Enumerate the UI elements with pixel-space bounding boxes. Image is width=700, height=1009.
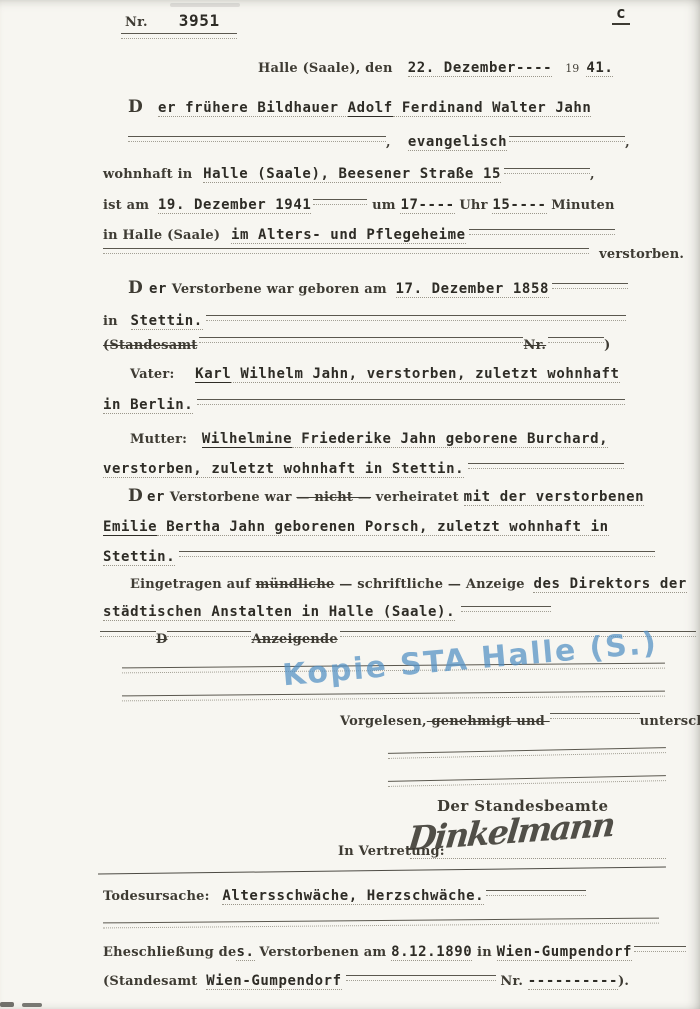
cause-value: Altersschwäche, Herzschwäche. <box>222 888 484 905</box>
deceased-first-name: Adolf <box>348 100 393 117</box>
dotted-rule <box>410 858 666 859</box>
died-on-label: ist am <box>103 198 154 213</box>
rule-fill <box>461 606 551 612</box>
residence-label: wohnhaft in <box>103 167 197 182</box>
cause-label: Todesursache: <box>103 889 214 904</box>
birth-place: Stettin. <box>131 313 203 330</box>
registrar-number-line: Nr. 3951 <box>125 11 220 30</box>
cause-line: Todesursache: Altersschwäche, Herzschwäc… <box>103 885 586 904</box>
attestation-line: Vorgelesen, genehmigt und unterschrieben <box>340 710 700 729</box>
deceased-word-line: verstorben. <box>103 243 684 262</box>
place-date-label: Halle (Saale), den <box>258 61 393 76</box>
mother-residence: verstorben, zuletzt wohnhaft in Stettin. <box>103 461 464 478</box>
rule-fill <box>509 136 625 142</box>
deputy-label: In Vertretung: <box>338 844 445 859</box>
year-value: 41. <box>586 60 613 77</box>
occupation-text: er frühere Bildhauer <box>158 100 348 117</box>
strike-rule <box>100 631 156 637</box>
religion-line: , evangelisch, <box>128 131 630 150</box>
form-d: D <box>128 97 143 117</box>
religion-value: evangelisch <box>408 134 507 151</box>
minutes-label: Minuten <box>547 198 615 213</box>
close-paren: ) <box>604 338 610 353</box>
nr-label: Nr. <box>125 15 148 30</box>
birth-date: 17. Dezember 1858 <box>396 281 550 298</box>
comma: , <box>590 167 595 182</box>
informant-label-struck: Anzeigende <box>251 632 337 647</box>
father-line2: in Berlin. <box>103 394 625 413</box>
residence-line: wohnhaft in Halle (Saale), Beesener Stra… <box>103 163 595 182</box>
registration-line2: städtischen Anstalten in Halle (Saale). <box>103 601 551 620</box>
father-label: Vater: <box>130 367 179 382</box>
corner-mark: c <box>612 3 630 25</box>
form-d: D <box>128 278 143 298</box>
father-residence: in Berlin. <box>103 397 193 414</box>
rule <box>388 775 666 787</box>
rule-fill <box>634 946 686 952</box>
in-label: in <box>103 314 123 329</box>
marital-line: Der Verstorbene war — nicht — verheirate… <box>128 486 644 506</box>
comma: , <box>386 135 391 150</box>
rule-fill <box>486 890 586 896</box>
divider-rule <box>98 867 666 879</box>
death-place-label: in Halle (Saale) <box>103 228 225 243</box>
century-print: 19 <box>565 62 579 75</box>
father-line: Vater: Karl Wilhelm Jahn, verstorben, zu… <box>130 363 620 382</box>
rule-fill <box>197 399 625 405</box>
mother-first-name: Wilhelmine <box>202 431 292 448</box>
death-date: 19. Dezember 1941 <box>158 197 312 214</box>
death-certificate-scan: Nr. 3951 c Halle (Saale), den 22. Dezemb… <box>0 0 700 1009</box>
deceased-word: verstorben. <box>599 247 684 262</box>
marriage-label2: Verstorbenen am <box>255 945 392 960</box>
typed-er: er <box>147 489 165 505</box>
deceased-other-names: Ferdinand Walter Jahn <box>393 100 592 117</box>
rule-fill <box>469 229 615 235</box>
close-paren: ). <box>618 974 629 989</box>
form-d: D <box>128 486 143 506</box>
birth-date-line: Der Verstorbene war geboren am 17. Dezem… <box>128 278 628 298</box>
rule-fill <box>504 168 590 174</box>
marriage-date: 8.12.1890 <box>391 944 472 961</box>
father-first-name: Karl <box>195 366 231 383</box>
nr-value: 3951 <box>179 11 220 30</box>
rule-fill <box>206 315 626 321</box>
rule-fill <box>179 551 655 557</box>
prior-marriage-registry-line: (Standesamt Wien-Gumpendorf Nr. --------… <box>103 970 629 989</box>
married-label: verheiratet <box>371 490 464 505</box>
registry-label: (Standesamt <box>103 338 197 353</box>
place-date-line: Halle (Saale), den 22. Dezember---- 19 4… <box>258 57 613 76</box>
registration-line: Eingetragen auf mündliche — schriftliche… <box>130 573 687 592</box>
rule-fill <box>346 975 496 981</box>
death-hour: 17---- <box>400 197 454 214</box>
written-notice-label: — schriftliche — Anzeige <box>335 577 530 592</box>
notice-by: des Direktors der <box>533 576 687 593</box>
strike-rule <box>167 631 251 637</box>
strike-rule <box>199 337 523 343</box>
prior-marriage-line: Eheschließung des. Verstorbenen am 8.12.… <box>103 941 686 960</box>
comma: , <box>625 135 630 150</box>
death-datetime-line: ist am 19. Dezember 1941 um 17---- Uhr 1… <box>103 194 615 213</box>
born-label: Verstorbene war geboren am <box>167 282 392 297</box>
rule-fill <box>128 136 386 142</box>
mother-line: Mutter: Wilhelmine Friederike Jahn gebor… <box>130 428 608 447</box>
rule-fill <box>552 283 628 289</box>
scan-artifact <box>22 1003 42 1007</box>
mother-label: Mutter: <box>130 432 192 447</box>
registry-place: Wien-Gumpendorf <box>206 973 341 990</box>
signed-label: unterschrieben <box>640 714 700 729</box>
was-label: Verstorbene war <box>165 490 296 505</box>
form-d-struck: D <box>156 632 167 647</box>
oral-word-struck: mündliche <box>255 577 334 592</box>
spouse-line3: Stettin. <box>103 546 655 565</box>
death-minute: 15---- <box>492 197 546 214</box>
strike-rule <box>550 713 640 719</box>
rule <box>103 918 659 929</box>
entered-label: Eingetragen auf <box>130 577 255 592</box>
clock-label: Uhr <box>455 198 493 213</box>
registration-date: 22. Dezember---- <box>408 60 552 77</box>
spouse-place: Stettin. <box>103 549 175 566</box>
registry-nr-value: ---------- <box>528 973 618 990</box>
marriage-place: Wien-Gumpendorf <box>497 944 632 961</box>
read-label: Vorgelesen, <box>340 714 427 729</box>
rule <box>121 33 237 39</box>
birth-registry-line: (StandesamtNr.) <box>103 334 611 353</box>
notice-by-line2: städtischen Anstalten in Halle (Saale). <box>103 604 455 621</box>
death-place-value: im Alters- und Pflegeheime <box>231 227 466 244</box>
spouse-rest: Bertha Jahn geborenen Porsch, zuletzt wo… <box>157 519 608 536</box>
mother-line2: verstorben, zuletzt wohnhaft in Stettin. <box>103 458 624 477</box>
nr-label: Nr. <box>496 974 528 989</box>
rule <box>388 747 666 759</box>
birth-place-line: in Stettin. <box>103 310 626 329</box>
marriage-label: Eheschließung de <box>103 945 236 960</box>
mother-rest: Friederike Jahn geborene Burchard, <box>292 431 608 448</box>
strike-rule <box>548 337 604 343</box>
residence-value: Halle (Saale), Beesener Straße 15 <box>203 166 501 183</box>
time-label: um <box>367 198 400 213</box>
scan-artifact <box>170 3 240 7</box>
death-place-line: in Halle (Saale) im Alters- und Pflegehe… <box>103 224 615 243</box>
registry-label: (Standesamt <box>103 974 202 989</box>
spouse-line: Emilie Bertha Jahn geborenen Porsch, zul… <box>103 516 609 535</box>
deputy-line: In Vertretung: <box>338 840 445 859</box>
in-label: in <box>472 945 496 960</box>
rule <box>122 691 665 702</box>
married-to-text: mit der verstorbenen <box>464 489 645 506</box>
rule-fill <box>468 463 624 469</box>
scan-artifact <box>0 1002 14 1007</box>
deceased-name-line: D er frühere Bildhauer Adolf Ferdinand W… <box>128 97 591 117</box>
nr-label: Nr. <box>523 338 546 353</box>
approved-struck: genehmigt und <box>427 714 550 729</box>
rule-fill <box>313 199 367 205</box>
not-word-struck: — nicht — <box>296 490 371 505</box>
typed-er: er <box>149 281 167 297</box>
father-rest: Wilhelm Jahn, verstorben, zuletzt wohnha… <box>231 366 619 383</box>
typed-s: s. <box>236 944 254 961</box>
rule-fill <box>103 248 589 254</box>
spouse-first-name: Emilie <box>103 519 157 536</box>
